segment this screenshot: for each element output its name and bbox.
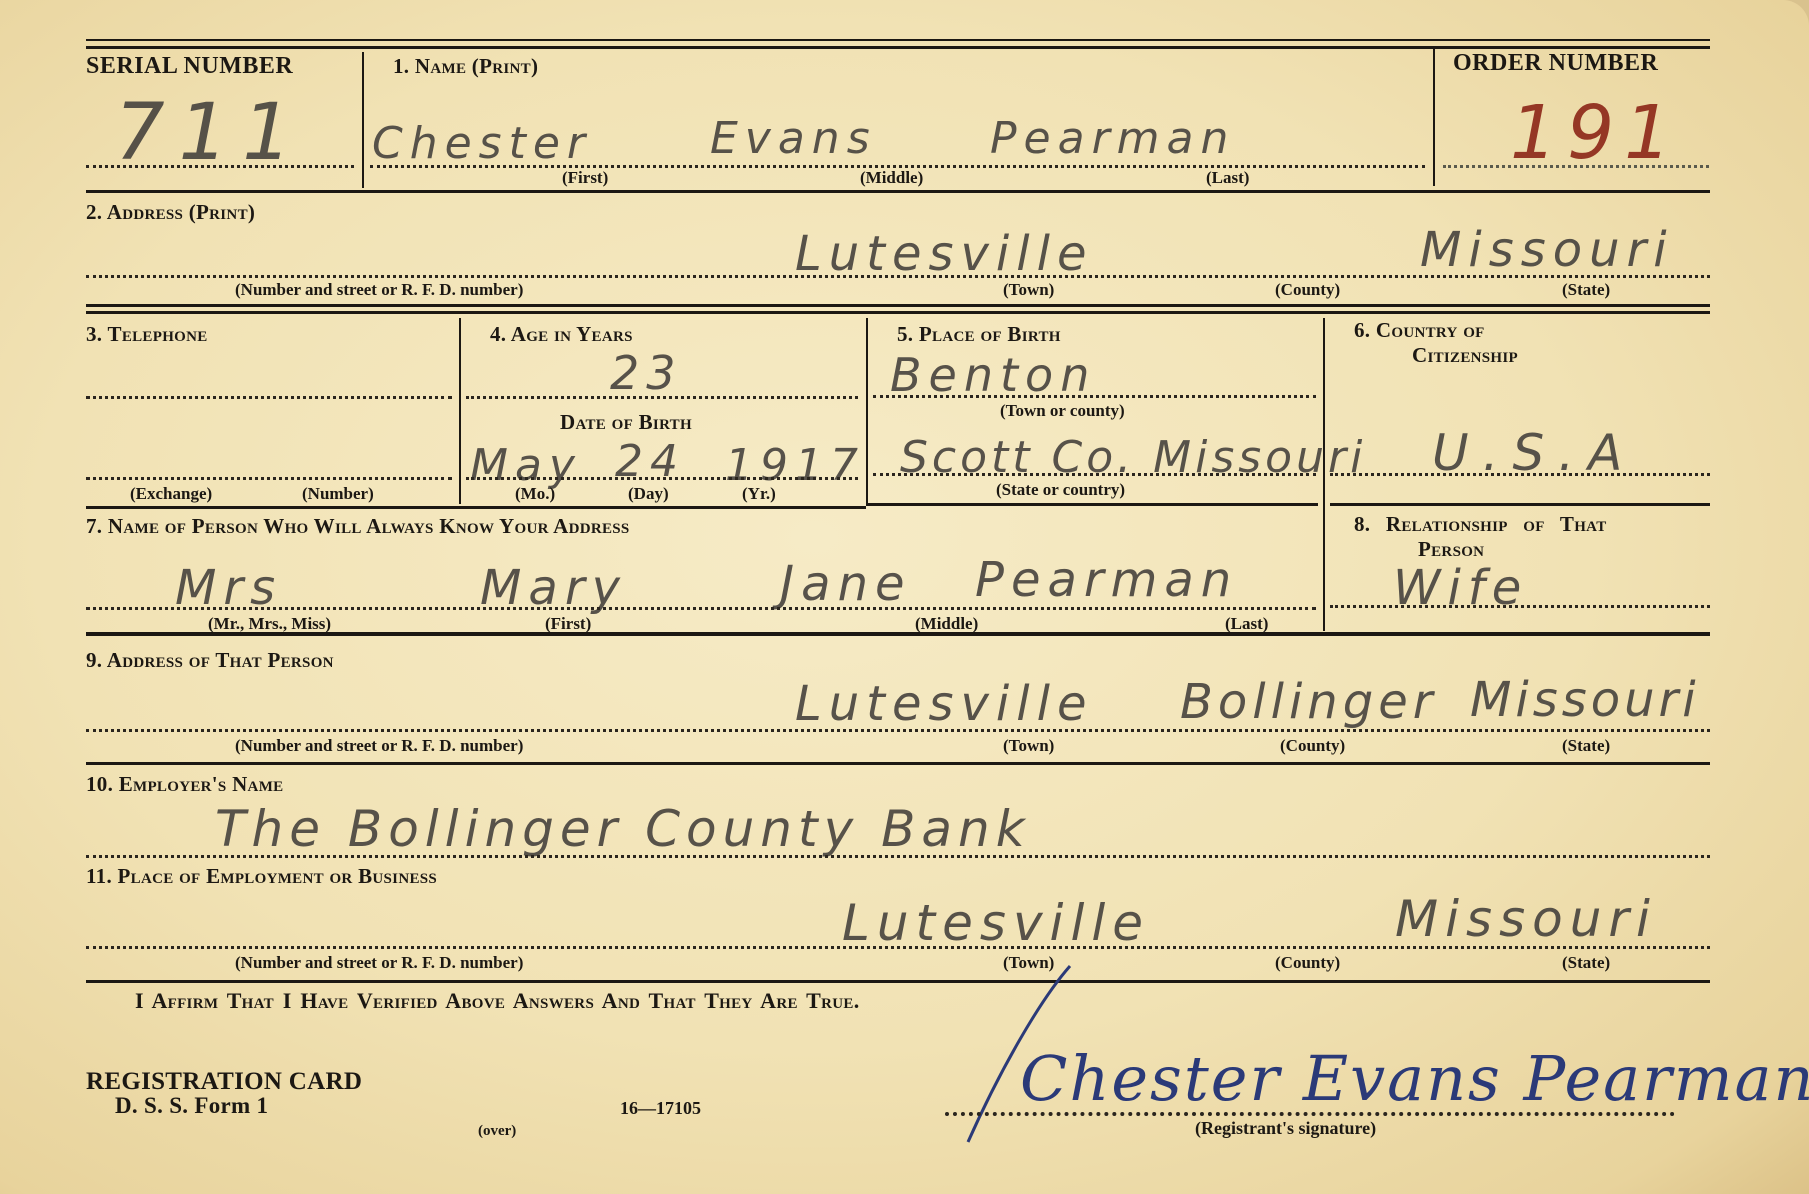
print-code: 16—17105 bbox=[620, 1098, 701, 1119]
birth-state-caption: (State or country) bbox=[996, 480, 1125, 500]
telephone-number-caption: (Number) bbox=[302, 484, 374, 504]
row3-bottom-rule bbox=[86, 506, 866, 509]
contact-last-value: Pearman bbox=[975, 552, 1238, 608]
employment-street-caption: (Number and street or R. F. D. number) bbox=[235, 953, 523, 973]
relationship-line bbox=[1330, 605, 1710, 608]
contact-address-town-caption: (Town) bbox=[1003, 736, 1054, 756]
top-rule-2 bbox=[86, 46, 1710, 49]
employment-place-label: 11. Place of Employment or Business bbox=[86, 864, 437, 889]
birth-state-line bbox=[873, 473, 1316, 476]
birth-bottom-rule bbox=[866, 503, 1318, 506]
dob-month-caption: (Mo.) bbox=[515, 484, 555, 504]
dob-day-caption: (Day) bbox=[628, 484, 669, 504]
citizenship-label-line2: Citizenship bbox=[1412, 343, 1518, 368]
row5-bottom-rule bbox=[86, 762, 1710, 765]
employer-value: The Bollinger County Bank bbox=[215, 800, 1031, 858]
address-county-caption: (County) bbox=[1275, 280, 1340, 300]
telephone-line-2 bbox=[86, 477, 452, 480]
contact-address-line bbox=[86, 729, 1710, 732]
address-state-caption: (State) bbox=[1562, 280, 1610, 300]
place-of-birth-label: 5. Place of Birth bbox=[897, 322, 1061, 347]
address-street-caption: (Number and street or R. F. D. number) bbox=[235, 280, 523, 300]
birth-divider bbox=[1323, 318, 1325, 631]
age-label: 4. Age in Years bbox=[490, 322, 633, 347]
name-first-caption: (First) bbox=[562, 168, 608, 188]
serial-number-label: SERIAL NUMBER bbox=[86, 53, 293, 80]
relationship-label-line2: Person bbox=[1418, 537, 1484, 562]
address-label: 2. Address (Print) bbox=[86, 200, 255, 225]
dob-line bbox=[466, 477, 858, 480]
registration-card-title: REGISTRATION CARD bbox=[86, 1068, 362, 1096]
contact-address-town-value: Lutesville bbox=[795, 676, 1093, 732]
telephone-divider bbox=[459, 318, 461, 504]
contact-address-street-caption: (Number and street or R. F. D. number) bbox=[235, 736, 523, 756]
address-state-value: Missouri bbox=[1420, 222, 1674, 278]
registrant-signature[interactable]: Chester Evans Pearman bbox=[1020, 1042, 1809, 1115]
name-last-caption: (Last) bbox=[1206, 168, 1249, 188]
citizenship-label-line1: 6. Country of bbox=[1354, 318, 1485, 343]
age-divider bbox=[866, 318, 868, 504]
row7-bottom-rule bbox=[86, 980, 1710, 983]
name-middle-value: Evans bbox=[710, 113, 877, 164]
employer-label: 10. Employer's Name bbox=[86, 772, 283, 797]
serial-divider bbox=[362, 52, 364, 188]
name-first-value: Chester bbox=[372, 118, 592, 169]
address-line bbox=[86, 275, 1710, 278]
telephone-label: 3. Telephone bbox=[86, 322, 208, 347]
employment-county-caption: (County) bbox=[1275, 953, 1340, 973]
birth-town-value: Benton bbox=[890, 348, 1096, 402]
birth-town-line bbox=[873, 395, 1316, 398]
contact-first-caption: (First) bbox=[545, 614, 591, 634]
age-line bbox=[466, 396, 858, 399]
name-label: 1. Name (Print) bbox=[393, 54, 538, 79]
employment-state-value: Missouri bbox=[1395, 890, 1657, 948]
order-number-label: ORDER NUMBER bbox=[1453, 50, 1658, 77]
contact-middle-caption: (Middle) bbox=[915, 614, 978, 634]
telephone-exchange-caption: (Exchange) bbox=[130, 484, 212, 504]
employment-state-caption: (State) bbox=[1562, 953, 1610, 973]
over-note: (over) bbox=[478, 1123, 516, 1140]
form-number: D. S. S. Form 1 bbox=[115, 1093, 268, 1119]
telephone-line-1 bbox=[86, 396, 452, 399]
top-rule bbox=[86, 39, 1710, 41]
contact-address-label: 9. Address of That Person bbox=[86, 648, 334, 673]
row2-bottom-rule-2 bbox=[86, 311, 1710, 314]
order-number-line bbox=[1443, 165, 1709, 168]
address-town-value: Lutesville bbox=[795, 226, 1093, 282]
row1-bottom-rule bbox=[86, 190, 1710, 193]
citizenship-line bbox=[1330, 473, 1710, 476]
signature-flourish-icon bbox=[960, 960, 1080, 1150]
registration-card: SERIAL NUMBER 711 1. Name (Print) Cheste… bbox=[0, 0, 1809, 1194]
order-number-value: 191 bbox=[1510, 90, 1681, 176]
order-divider bbox=[1433, 48, 1435, 186]
employer-line bbox=[86, 855, 1710, 858]
signature-caption: (Registrant's signature) bbox=[1195, 1118, 1376, 1139]
contact-line bbox=[86, 607, 1316, 610]
age-value: 23 bbox=[610, 346, 683, 400]
signature-line bbox=[945, 1112, 1675, 1116]
contact-title-caption: (Mr., Mrs., Miss) bbox=[208, 614, 331, 634]
contact-address-county-caption: (County) bbox=[1280, 736, 1345, 756]
contact-address-county-value: Bollinger bbox=[1180, 674, 1437, 730]
contact-address-state-value: Missouri bbox=[1470, 672, 1700, 728]
contact-middle-value: Jane bbox=[780, 556, 912, 612]
citizenship-bottom-rule bbox=[1330, 503, 1710, 506]
birth-town-caption: (Town or county) bbox=[1000, 401, 1125, 421]
contact-last-caption: (Last) bbox=[1225, 614, 1268, 634]
name-last-value: Pearman bbox=[990, 113, 1235, 164]
contact-address-state-caption: (State) bbox=[1562, 736, 1610, 756]
row2-bottom-rule-1 bbox=[86, 304, 1710, 307]
employment-line bbox=[86, 946, 1710, 949]
contact-label: 7. Name of Person Who Will Always Know Y… bbox=[86, 514, 630, 539]
name-middle-caption: (Middle) bbox=[860, 168, 923, 188]
date-of-birth-label: Date of Birth bbox=[560, 410, 692, 435]
dob-year-caption: (Yr.) bbox=[742, 484, 776, 504]
relationship-label-line1: 8. Relationship of That bbox=[1354, 512, 1607, 537]
employment-town-value: Lutesville bbox=[842, 894, 1150, 952]
row4-bottom-rule bbox=[86, 632, 1710, 636]
affirmation-text: I Affirm That I Have Verified Above Answ… bbox=[135, 988, 860, 1014]
address-town-caption: (Town) bbox=[1003, 280, 1054, 300]
serial-number-line bbox=[86, 165, 354, 168]
